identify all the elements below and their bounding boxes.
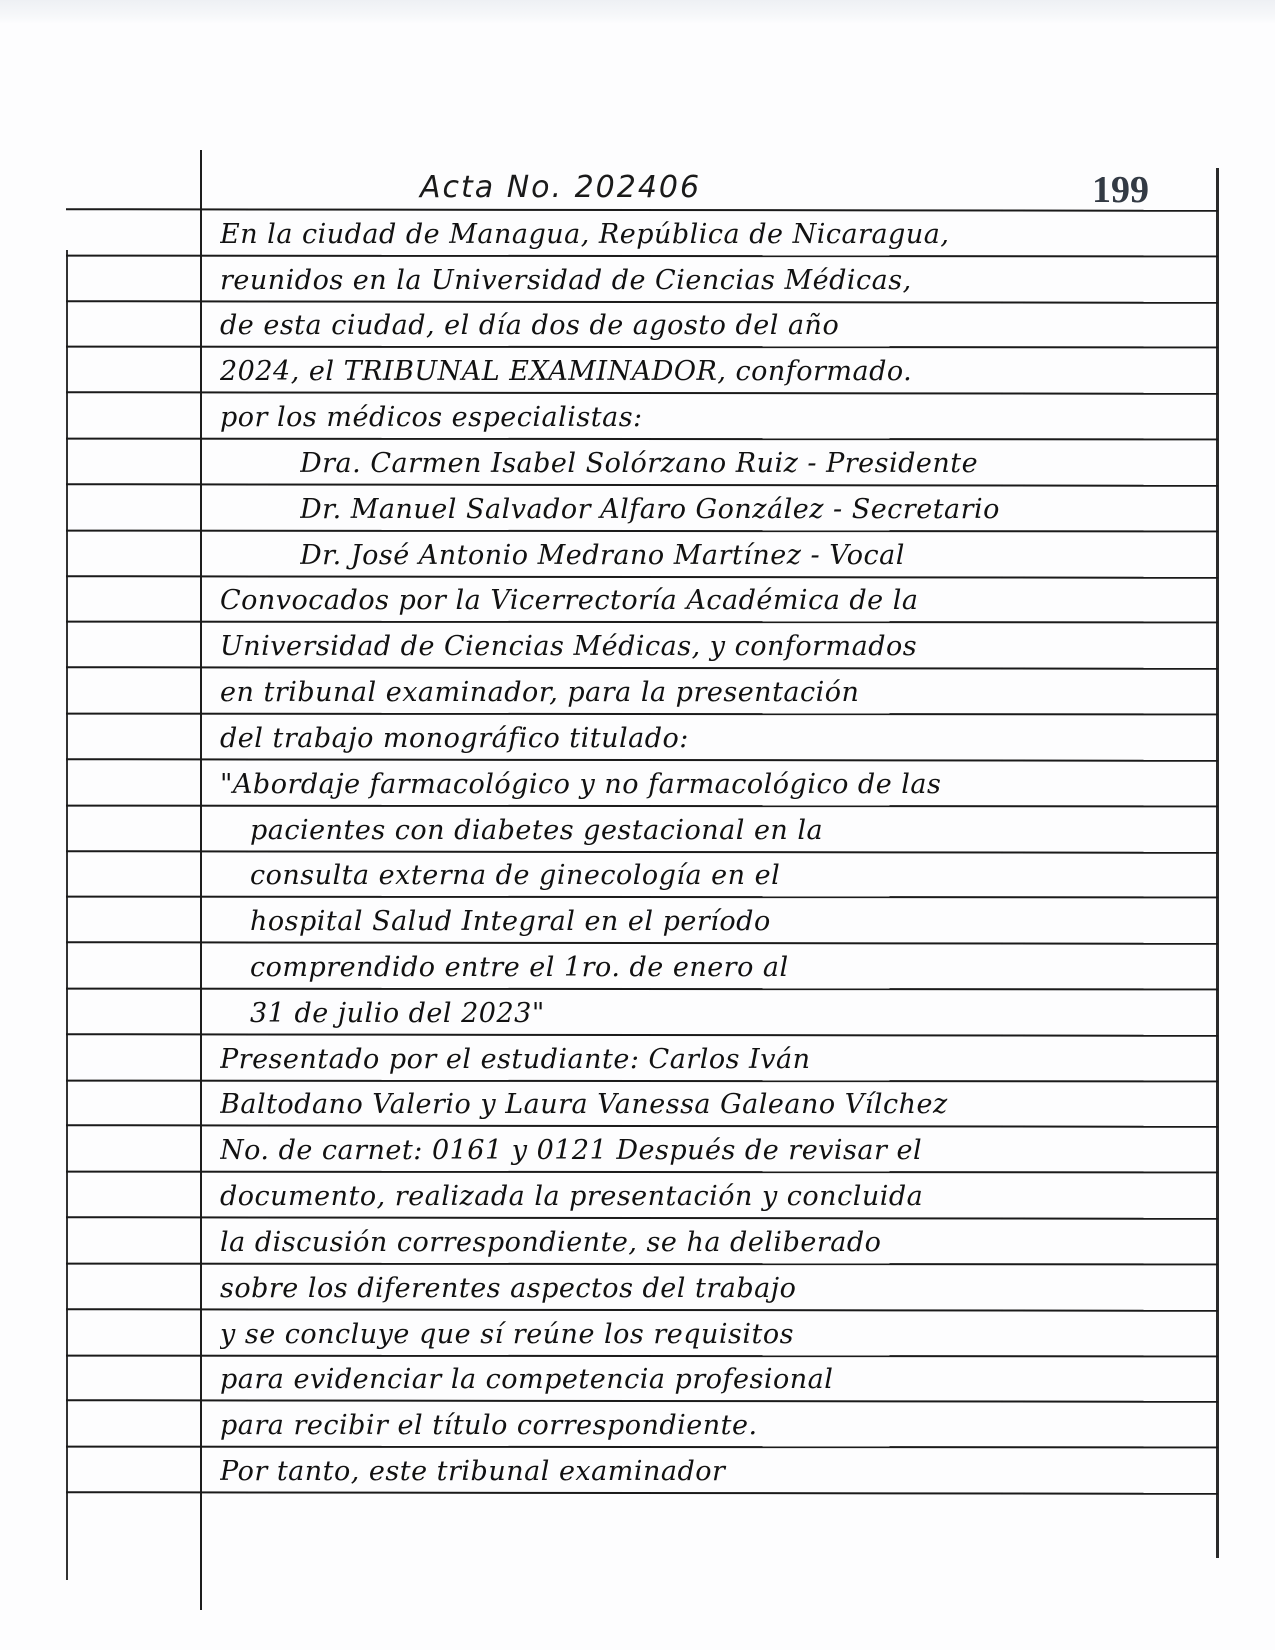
ruled-line	[66, 988, 1218, 991]
ruled-line	[66, 346, 1218, 349]
handwritten-line: Baltodano Valerio y Laura Vanessa Galean…	[220, 1085, 1210, 1125]
handwritten-line: Dr. Manuel Salvador Alfaro González - Se…	[300, 490, 1275, 530]
handwritten-line: en tribunal examinador, para la presenta…	[220, 673, 1210, 713]
handwritten-line: 31 de julio del 2023"	[250, 994, 1240, 1034]
handwritten-line: consulta externa de ginecología en el	[250, 856, 1240, 896]
handwritten-line: Por tanto, este tribunal examinador	[220, 1452, 1210, 1492]
outer-left-rule	[66, 250, 68, 1580]
handwritten-line: y se concluye que sí reúne los requisito…	[220, 1315, 1210, 1355]
handwritten-line: por los médicos especialistas:	[220, 398, 1210, 438]
handwritten-line: documento, realizada la presentación y c…	[220, 1177, 1210, 1217]
page-number: 199	[1092, 168, 1149, 212]
handwritten-line: En la ciudad de Managua, República de Ni…	[220, 215, 1210, 255]
handwritten-line: Universidad de Ciencias Médicas, y confo…	[220, 627, 1210, 667]
ruled-line	[66, 804, 1218, 807]
ruled-line	[66, 438, 1218, 441]
ruled-line	[66, 254, 1218, 257]
handwritten-line: No. de carnet: 0161 y 0121 Después de re…	[220, 1131, 1210, 1171]
handwritten-line: la discusión correspondiente, se ha deli…	[220, 1223, 1210, 1263]
handwritten-line: para recibir el título correspondiente.	[220, 1406, 1210, 1446]
left-margin-rule	[200, 150, 202, 1610]
ruled-line	[66, 1354, 1218, 1357]
handwritten-line: para evidenciar la competencia profesion…	[220, 1360, 1210, 1400]
handwritten-line: Convocados por la Vicerrectoría Académic…	[220, 581, 1210, 621]
ruled-line	[66, 1262, 1218, 1265]
ruled-line	[66, 713, 1218, 716]
ruled-line	[66, 621, 1218, 624]
document-title: Acta No. 202406	[420, 170, 701, 210]
handwritten-line: Dra. Carmen Isabel Solórzano Ruiz - Pres…	[300, 444, 1275, 484]
ruled-line	[66, 1171, 1218, 1174]
handwritten-line: pacientes con diabetes gestacional en la	[250, 811, 1240, 851]
ruled-line	[66, 1446, 1218, 1449]
ruled-line	[66, 529, 1218, 532]
handwritten-line: Dr. José Antonio Medrano Martínez - Voca…	[300, 536, 1275, 576]
handwritten-line: Presentado por el estudiante: Carlos Ivá…	[220, 1040, 1210, 1080]
handwritten-line: "Abordaje farmacológico y no farmacológi…	[220, 765, 1210, 805]
handwritten-line: sobre los diferentes aspectos del trabaj…	[220, 1269, 1210, 1309]
handwritten-line: reunidos en la Universidad de Ciencias M…	[220, 261, 1210, 301]
ruled-line	[66, 896, 1218, 899]
handwritten-line: comprendido entre el 1ro. de enero al	[250, 948, 1240, 988]
handwritten-line: de esta ciudad, el día dos de agosto del…	[220, 306, 1210, 346]
handwritten-line: del trabajo monográfico titulado:	[220, 719, 1210, 759]
handwritten-page: Acta No. 202406 199 En la ciudad de Mana…	[0, 0, 1275, 1650]
ruled-line	[66, 1079, 1218, 1082]
handwritten-line: 2024, el TRIBUNAL EXAMINADOR, conformado…	[220, 352, 1210, 392]
handwritten-line: hospital Salud Integral en el período	[250, 902, 1240, 942]
